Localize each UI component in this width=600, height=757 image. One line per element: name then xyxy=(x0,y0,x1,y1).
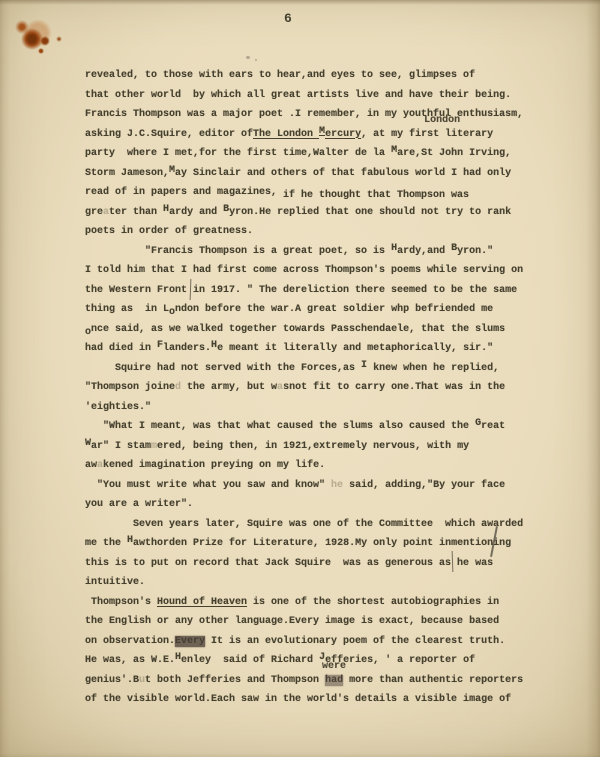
typescript-line: 'eighties." xyxy=(85,398,555,418)
paper-speck xyxy=(246,56,250,59)
typescript-line: "You must write what you saw and know" h… xyxy=(85,476,555,496)
typescript-line: poets in order of greatness. xyxy=(85,222,555,242)
typescript-line: asking J.C.Squire, editor ofThe London M… xyxy=(85,125,555,145)
typescript-line: War" I stammered, being then, in 1921,ex… xyxy=(85,437,555,457)
typescript-text: revealed, to those with ears to hear,and… xyxy=(85,66,555,710)
typescript-line: Francis Thompson was a major poet .I rem… xyxy=(85,105,555,125)
typescript-line: me the Hawthorden Prize for Literature, … xyxy=(85,534,555,554)
interline-insertion: London xyxy=(424,116,460,126)
typescript-line: party where I met,for the first time,Wal… xyxy=(85,144,555,164)
page-number: 6 xyxy=(284,11,292,26)
typescript-line: that other world by which all great arti… xyxy=(85,86,555,106)
typescript-line: revealed, to those with ears to hear,and… xyxy=(85,66,555,86)
typescript-line: "Francis Thompson is a great poet, so is… xyxy=(85,242,555,262)
typescript-line: the Western Front in 1917. " The derelic… xyxy=(85,281,555,301)
typescript-line: Squire had not served with the Forces,as… xyxy=(85,359,555,379)
typescript-line: thing as in London before the war.A grea… xyxy=(85,300,555,320)
typescript-line: Storm Jameson,May Sinclair and others of… xyxy=(85,164,555,184)
typescript-line: Seven years later, Squire was one of the… xyxy=(85,515,555,535)
typescript-line: I told him that I had first come across … xyxy=(85,261,555,281)
typescript-line: "What I meant, was that what caused the … xyxy=(85,417,555,437)
typescript-line: awakened imagination preying on my life. xyxy=(85,456,555,476)
typescript-line: greater than Hardy and Byron.He replied … xyxy=(85,203,555,223)
typescript-line: He was, as W.E.Henley said of Richard Je… xyxy=(85,651,555,671)
typescript-line: on observation.Every It is an evolutiona… xyxy=(85,632,555,652)
typescript-line: you are a writer". xyxy=(85,495,555,515)
typescript-line: intuitive. xyxy=(85,573,555,593)
typescript-line: Thompson's Hound of Heaven is one of the… xyxy=(85,593,555,613)
typescript-line: "Thompson joined the army, but wasnot fi… xyxy=(85,378,555,398)
typescript-line: the English or any other language.Every … xyxy=(85,612,555,632)
typescript-line: this is to put on record that Jack Squir… xyxy=(85,554,555,574)
interline-insertion: were xyxy=(322,662,346,672)
typescript-line: once said, as we walked together towards… xyxy=(85,320,555,340)
ink-stain xyxy=(0,0,90,75)
typescript-page: 6 revealed, to those with ears to hear,a… xyxy=(0,0,600,757)
paper-speck xyxy=(255,59,257,61)
typescript-line: genius'.But both Jefferies and Thompson … xyxy=(85,671,555,691)
typescript-line: had died in Flanders.He meant it literal… xyxy=(85,339,555,359)
typescript-line: of the visible world.Each saw in the wor… xyxy=(85,690,555,710)
typescript-line: read of in papers and magazines, if he t… xyxy=(85,183,555,203)
